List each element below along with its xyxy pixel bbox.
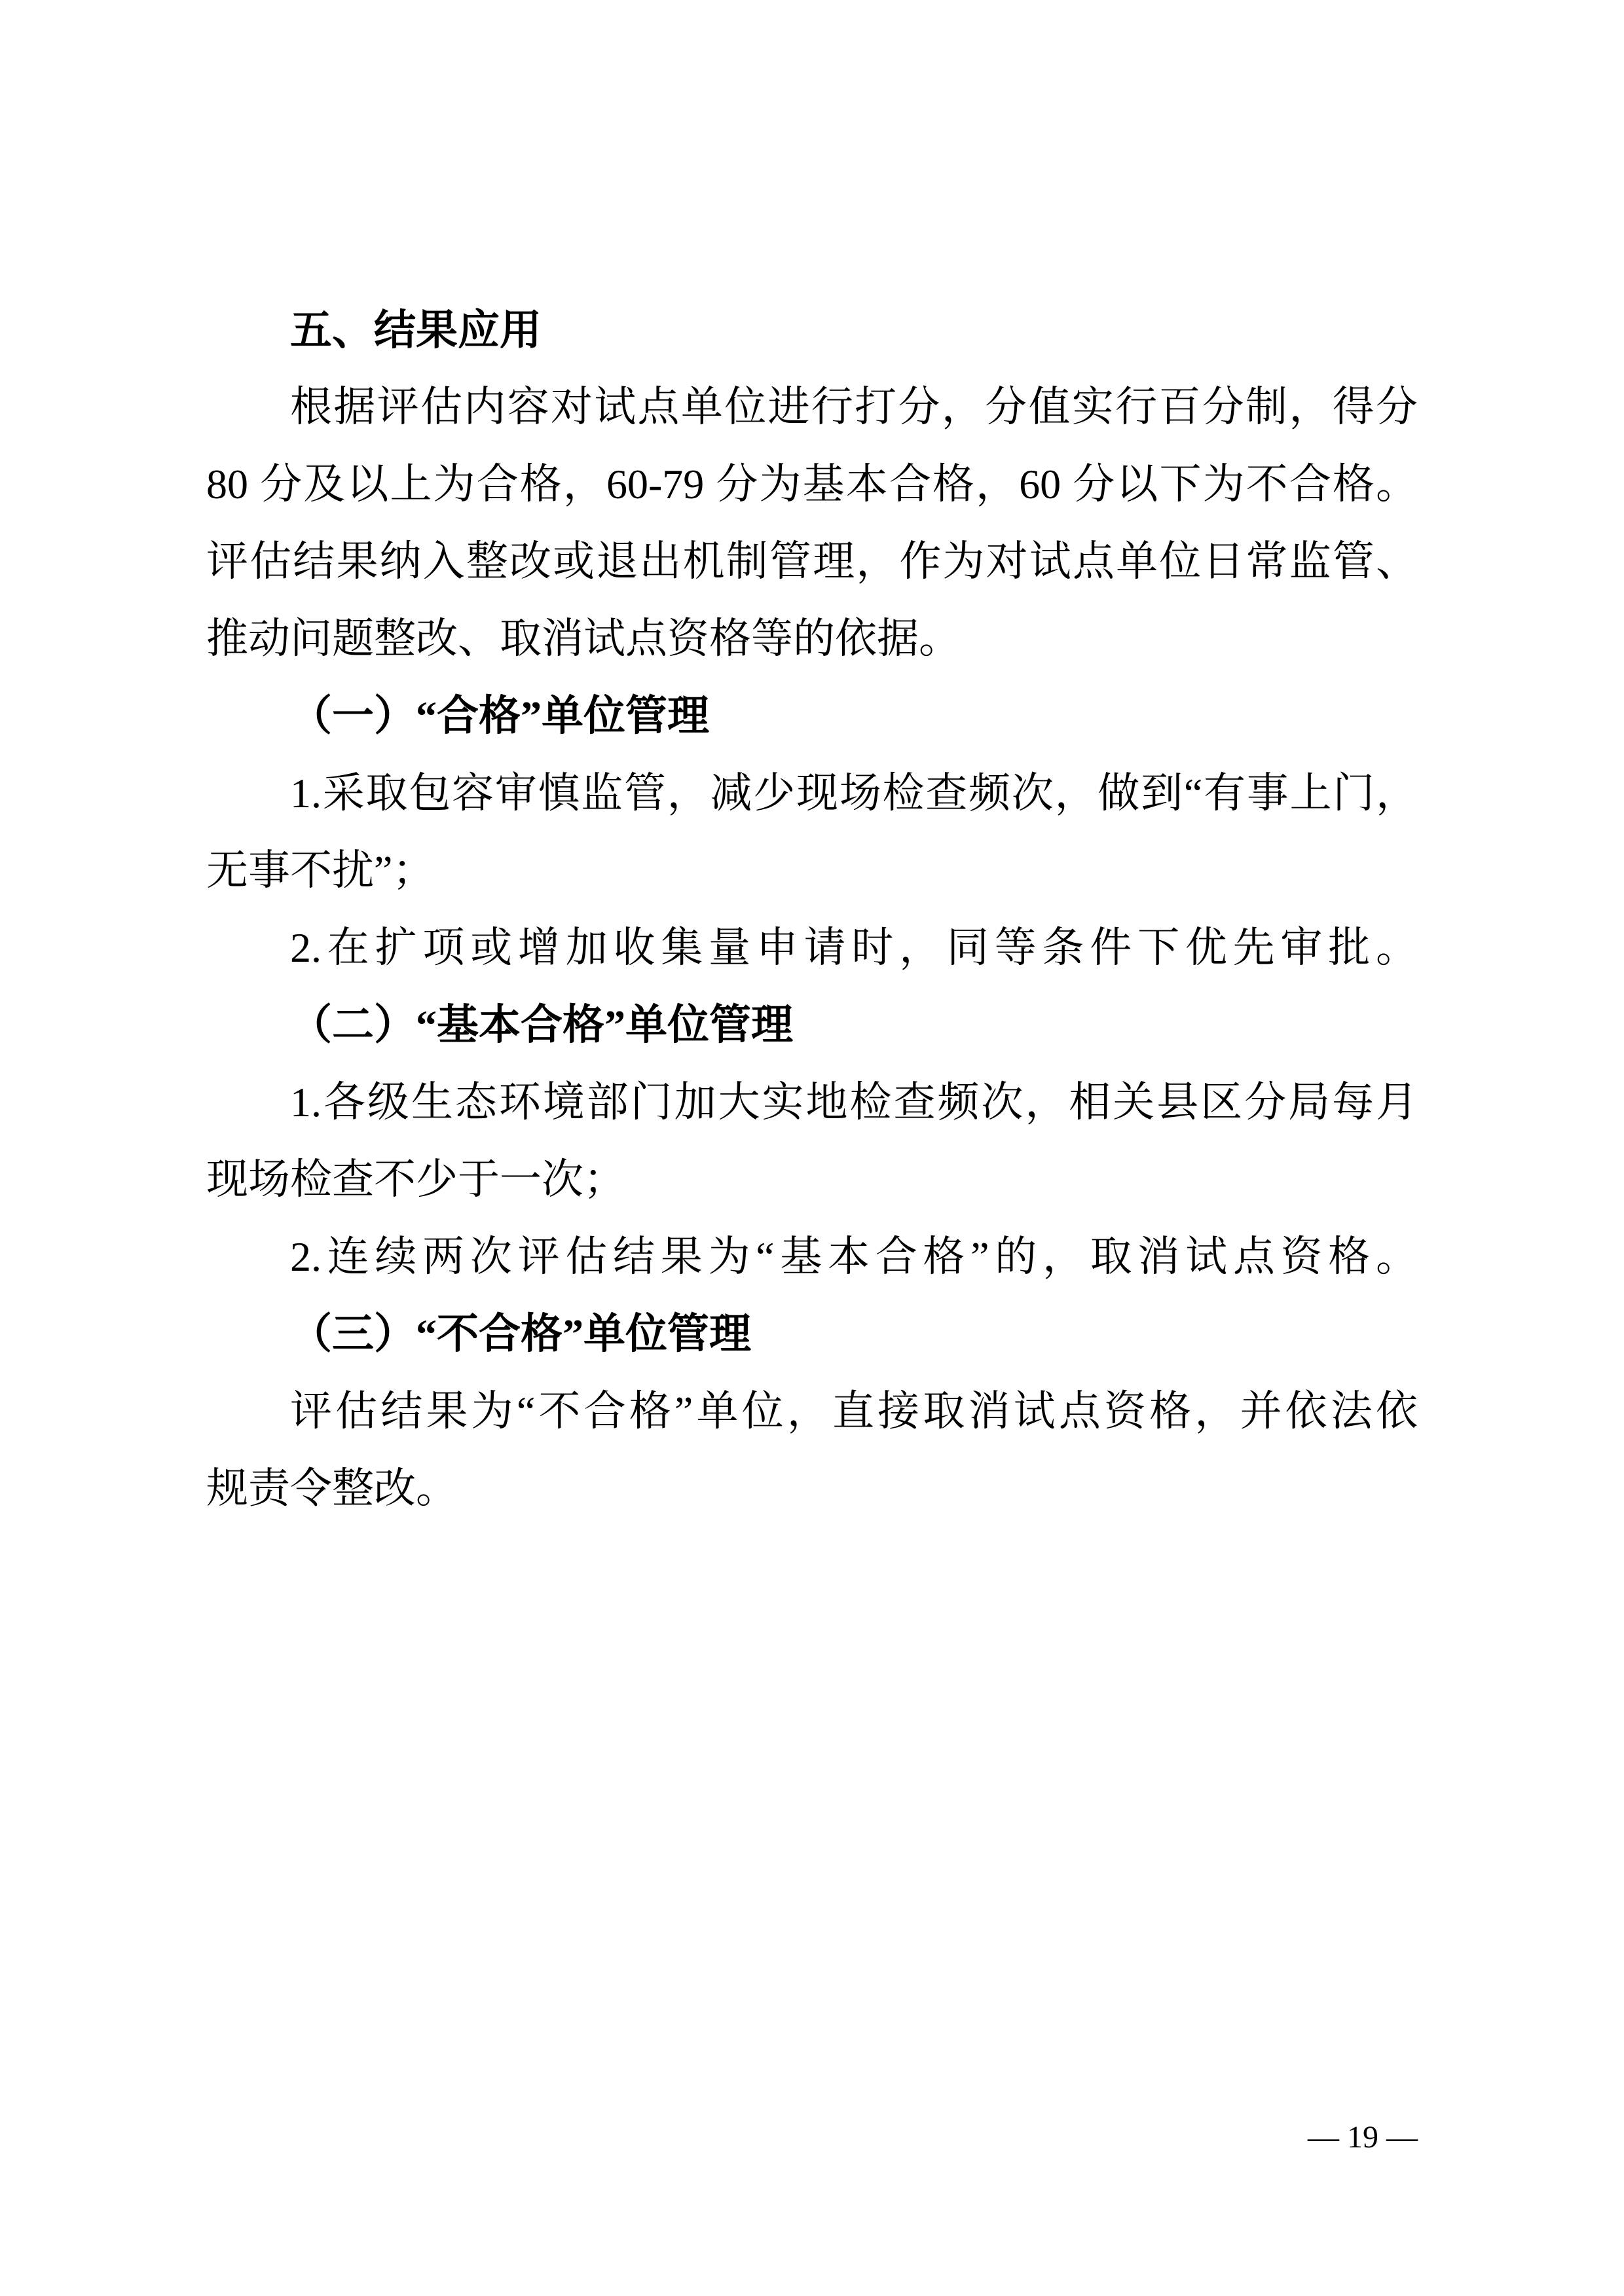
qualified-item-1-line-1: 1.采取包容审慎监管，减少现场检查频次，做到“有事上门， [206, 755, 1418, 832]
document-page: 五、结果应用 根据评估内容对试点单位进行打分，分值实行百分制，得分 80 分及以… [0, 0, 1624, 2296]
subheading-unqualified-unit-management: （三）“不合格”单位管理 [206, 1296, 1418, 1373]
basically-qualified-item-2: 2.连续两次评估结果为“基本合格”的，取消试点资格。 [206, 1218, 1418, 1296]
basically-qualified-item-1-line-2: 现场检查不少于一次； [206, 1141, 1418, 1218]
paragraph-scoring-line-3: 评估结果纳入整改或退出机制管理，作为对试点单位日常监管、 [206, 523, 1418, 600]
qualified-item-2: 2.在扩项或增加收集量申请时，同等条件下优先审批。 [206, 909, 1418, 987]
section-heading-results-application: 五、结果应用 [206, 291, 1418, 369]
paragraph-scoring-line-1: 根据评估内容对试点单位进行打分，分值实行百分制，得分 [206, 369, 1418, 446]
qualified-item-1-line-2: 无事不扰”； [206, 832, 1418, 909]
paragraph-scoring-line-2: 80 分及以上为合格，60-79 分为基本合格，60 分以下为不合格。 [206, 446, 1418, 523]
unqualified-paragraph-line-1: 评估结果为“不合格”单位，直接取消试点资格，并依法依 [206, 1373, 1418, 1450]
document-body: 五、结果应用 根据评估内容对试点单位进行打分，分值实行百分制，得分 80 分及以… [206, 291, 1418, 1527]
paragraph-scoring-line-4: 推动问题整改、取消试点资格等的依据。 [206, 600, 1418, 678]
page-number: — 19 — [1308, 2120, 1418, 2155]
unqualified-paragraph-line-2: 规责令整改。 [206, 1450, 1418, 1527]
basically-qualified-item-1-line-1: 1.各级生态环境部门加大实地检查频次，相关县区分局每月 [206, 1064, 1418, 1141]
subheading-basically-qualified-unit-management: （二）“基本合格”单位管理 [206, 987, 1418, 1064]
subheading-qualified-unit-management: （一）“合格”单位管理 [206, 678, 1418, 755]
